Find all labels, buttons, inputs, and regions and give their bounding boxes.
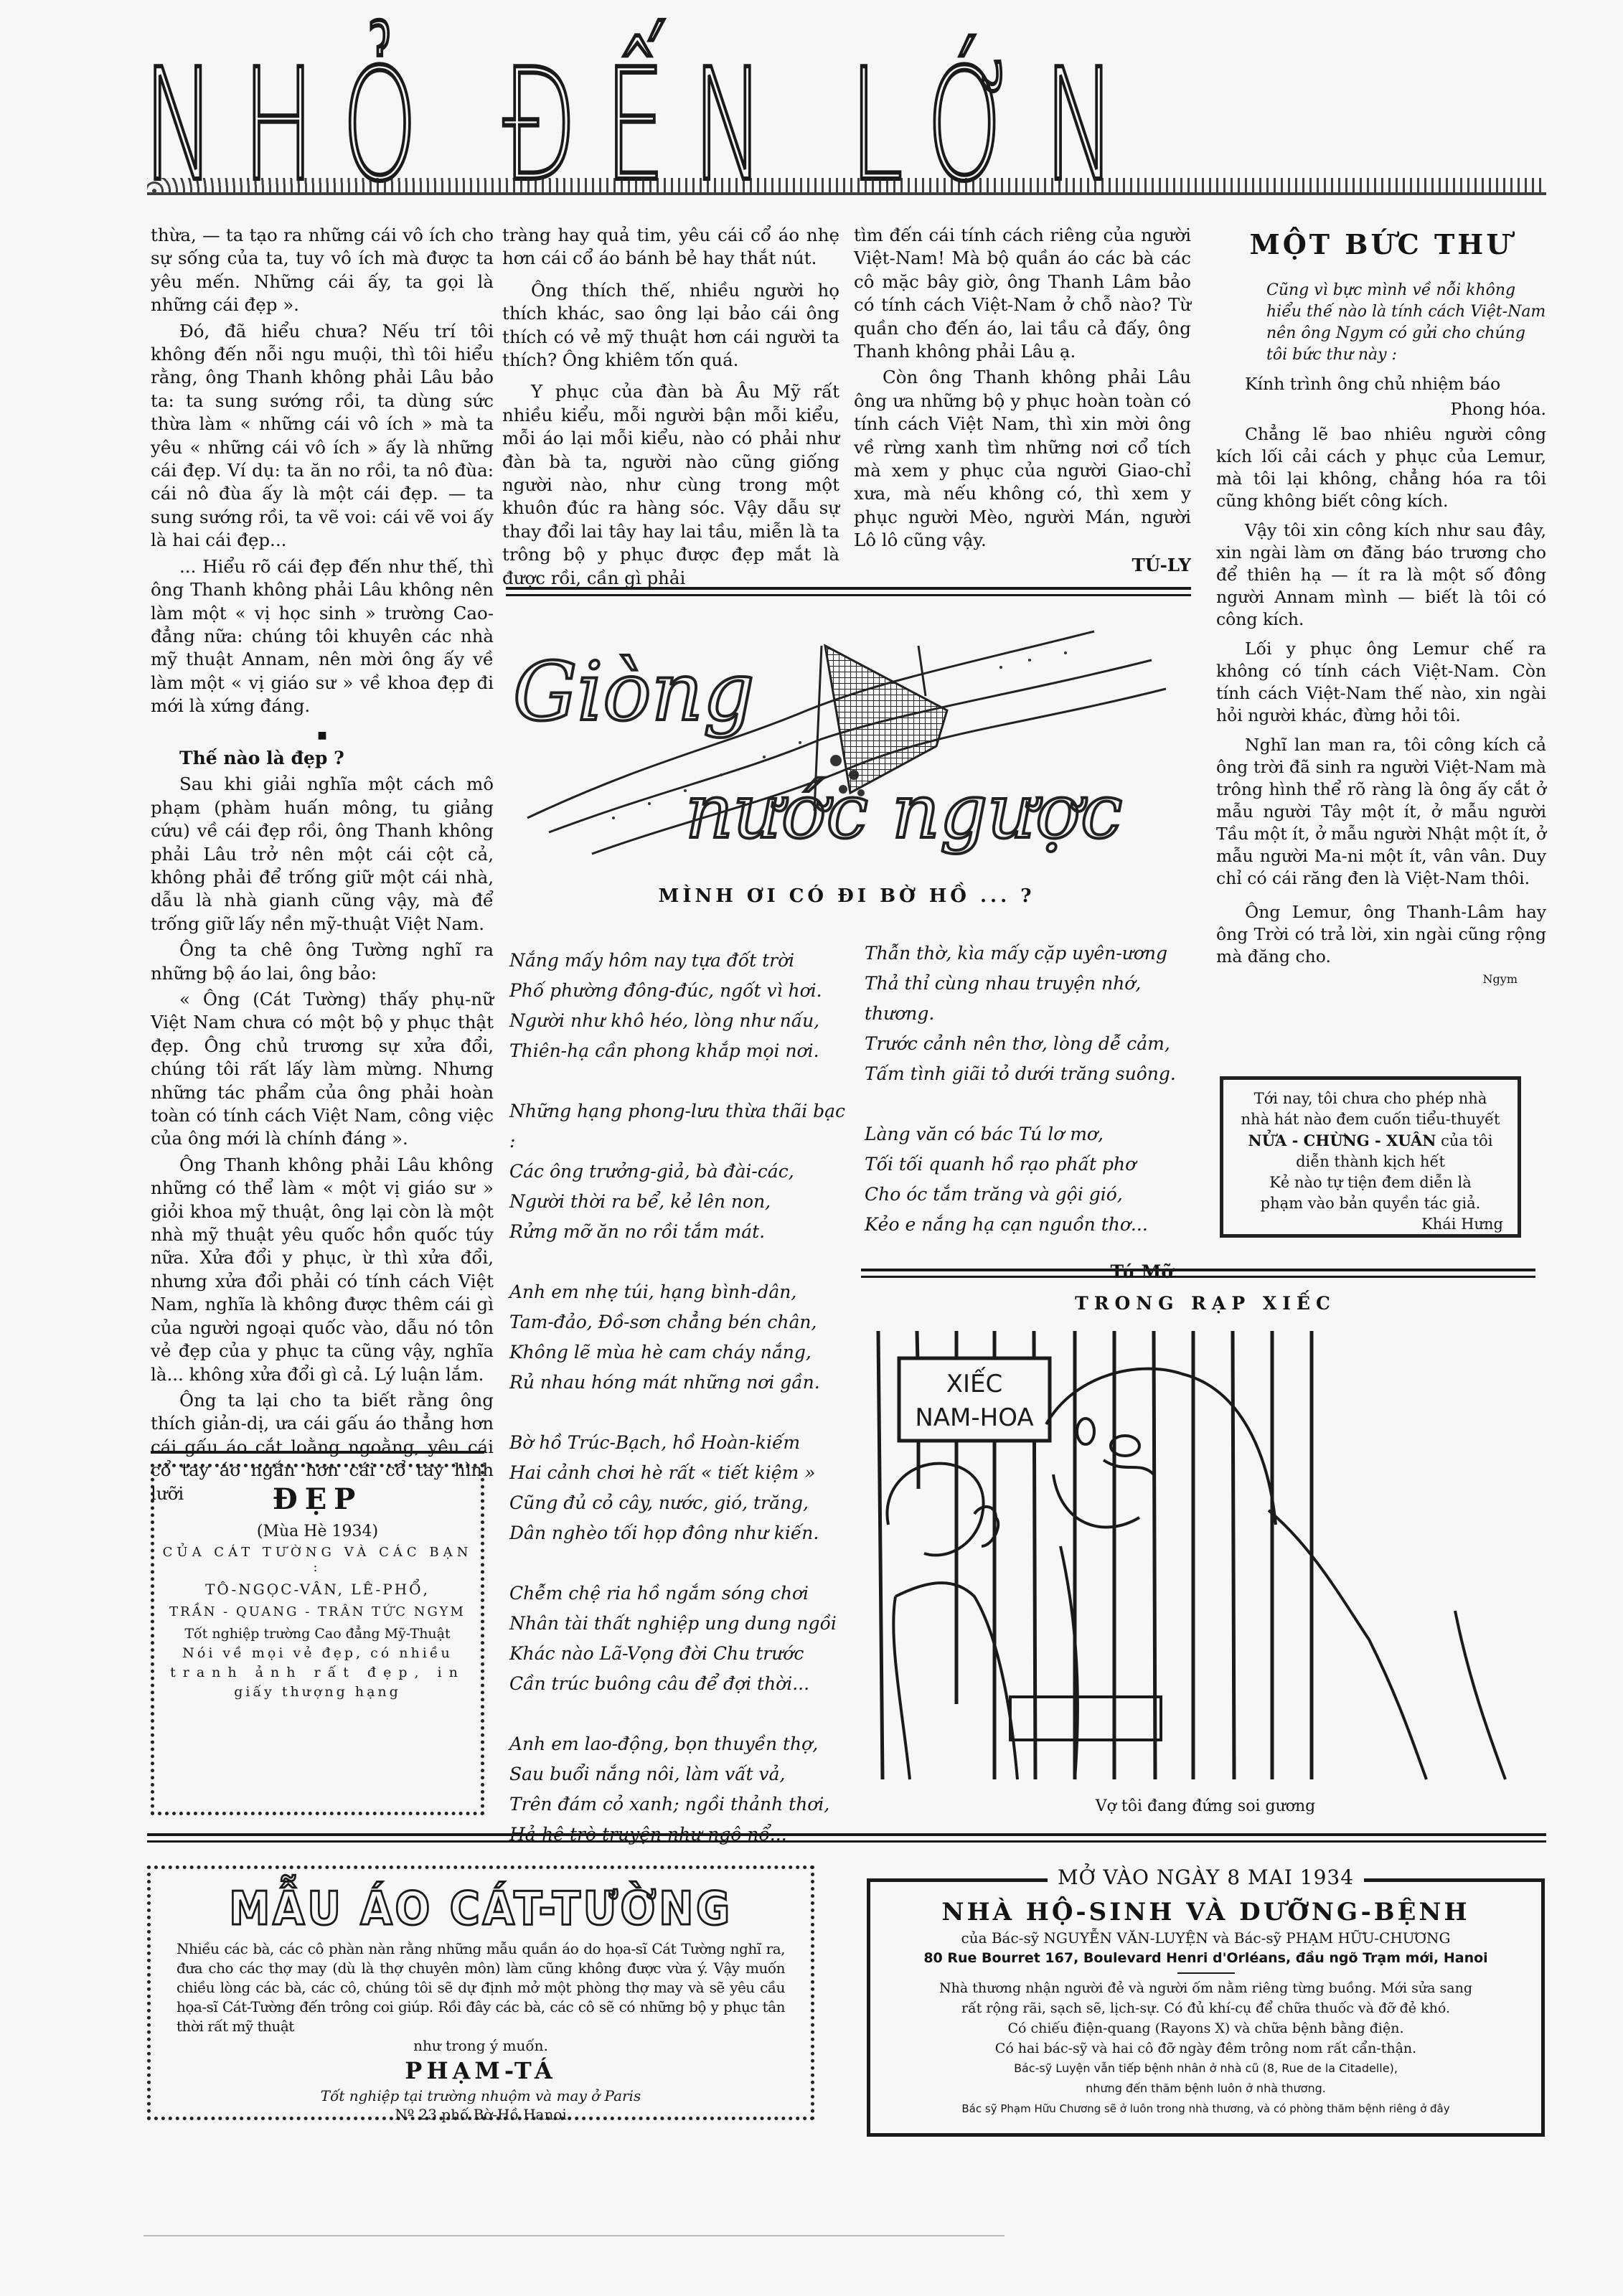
dep-ad-names: TRẦN - QUANG - TRÂN TỨC NGYM <box>154 1604 481 1619</box>
dep-ad-line: giấy thượng hạng <box>154 1685 481 1700</box>
article-column-1: thừa, — ta tạo ra những cái vô ích cho s… <box>151 224 494 1505</box>
bottom-scan-artifact <box>144 2235 1005 2236</box>
sign-line-2: NAM-HOA <box>915 1403 1033 1432</box>
poem-subtitle: MÌNH ƠI CÓ ĐI BỜ HỒ ... ? <box>502 885 1191 907</box>
verse-line: Anh em lao-động, bọn thuyền thợ, <box>509 1729 854 1759</box>
clinic-line: Nhà thương nhận người đẻ và người ốm nằm… <box>870 1978 1541 1998</box>
paragraph: Ông thích thế, nhiều người họ thích khác… <box>502 279 839 372</box>
cat-tuong-tailor-ad: MẪU ÁO CÁT-TƯỜNG Nhiều các bà, các cô ph… <box>147 1865 814 2120</box>
stanza: Bờ hồ Trúc-Bạch, hồ Hoàn-kiếm Hai cảnh c… <box>509 1428 854 1548</box>
verse-line: Nhân tài thất nghiệp ung dung ngồi <box>509 1609 854 1639</box>
double-rule <box>861 1269 1535 1278</box>
verse-line: Cần trúc buông câu để đợi thời... <box>509 1669 854 1699</box>
notice-line: diễn thành kịch hết <box>1223 1152 1518 1172</box>
cartoon-caption: Vợ tôi đang đứng soi gương <box>861 1797 1550 1815</box>
letter-intro: Cũng vì bực mình về nỗi không hiểu thế n… <box>1266 280 1546 366</box>
page-double-rule <box>147 1833 1546 1843</box>
article-column-2: tràng hay quả tim, yêu cái cổ áo nhẹ hơn… <box>502 224 839 590</box>
verse-line: Người thời ra bể, kẻ lên non, <box>509 1187 854 1217</box>
clinic-line: Bác sỹ Phạm Hữu Chương sẽ ở luôn trong n… <box>870 2099 1541 2119</box>
column-rule <box>151 1451 484 1454</box>
paragraph: Lối y phục ông Lemur chế ra không có tín… <box>1216 638 1546 727</box>
notice-line: Tới nay, tôi chưa cho phép nhà <box>1223 1088 1518 1109</box>
poem-title-line-2: nước ngược <box>685 768 1122 855</box>
letter-signature: Ngym <box>1216 968 1518 990</box>
notice-signature: Khái Hưng <box>1223 1214 1518 1235</box>
paragraph: Y phục của đàn bà Âu Mỹ rất nhiều kiểu, … <box>502 380 839 590</box>
notice-line: Kẻ nào tự tiện đem diễn là <box>1223 1172 1518 1193</box>
paragraph: tìm đến cái tính cách riêng của người Vi… <box>854 224 1191 363</box>
verse-line: Sau buổi nắng nôi, làm vất vả, <box>509 1759 854 1789</box>
letter-body: Kính trình ông chủ nhiệm báo Phong hóa. … <box>1216 373 1546 990</box>
stanza: Chễm chệ ria hồ ngắm sóng chơi Nhân tài … <box>509 1578 854 1699</box>
clinic-ad: NHÀ HỘ-SINH VÀ DƯỠNG-BỆNH của Bác-sỹ NGU… <box>867 1878 1545 2137</box>
verse-line: Rủ nhau hóng mát những nơi gần. <box>509 1368 854 1398</box>
dep-ad-title: ĐẸP <box>154 1492 481 1507</box>
verse-line: Tối tối quanh hồ rạo phất phơ <box>865 1149 1202 1180</box>
verse-line: Tấm tình giãi tỏ dưới trăng suông. <box>865 1059 1202 1089</box>
verse-line: Dân nghèo tối họp đông như kiến. <box>509 1518 854 1548</box>
copyright-notice-box: Tới nay, tôi chưa cho phép nhà nhà hát n… <box>1220 1076 1521 1238</box>
sign-line-1: XIẾC <box>946 1367 1003 1398</box>
verse-line: Hai cảnh chơi hè rất « tiết kiệm » <box>509 1458 854 1488</box>
ad-tailor-name: PHẠM-TÁ <box>151 2057 811 2084</box>
verse-line: Không lẽ mùa hè cam cháy nắng, <box>509 1337 854 1368</box>
poem-left-column: Nắng mấy hôm nay tựa đốt trời Phố phường… <box>509 946 854 1880</box>
paragraph: Ông Lemur, ông Thanh-Lâm hay ông Trời có… <box>1216 901 1546 968</box>
divider <box>1177 1972 1235 1974</box>
dep-ad-line: Nói về mọi vẻ đẹp, có nhiều <box>154 1646 481 1661</box>
paragraph: Đó, đã hiểu chưa? Nếu trí tôi không đến … <box>151 320 494 552</box>
verse-line: Những hạng phong-lưu thừa thãi bạc : <box>509 1096 854 1157</box>
dep-ad-authors-label: CỦA CÁT TƯỜNG VÀ CÁC BẠN : <box>154 1545 481 1575</box>
ad-body: Nhiều các bà, các cô phàn nàn rằng những… <box>151 1939 811 2036</box>
paragraph: Ông Thanh không phải Lâu không những có … <box>151 1154 494 1386</box>
letter-title: MỘT BỨC THƯ <box>1213 228 1550 260</box>
verse-line: Thiên-hạ cần phong khắp mọi nơi. <box>509 1036 854 1066</box>
paragraph: « Ông (Cát Tường) thấy phụ-nữ Việt Nam c… <box>151 988 494 1151</box>
verse-line: Trên đám cỏ xanh; ngồi thảnh thơi, <box>509 1789 854 1820</box>
letter-salutation: Kính trình ông chủ nhiệm báo <box>1216 373 1546 395</box>
masthead-text: NHỎ ĐẾN LỚN <box>144 61 1143 190</box>
verse-line: Bờ hồ Trúc-Bạch, hồ Hoàn-kiếm <box>509 1428 854 1458</box>
verse-line: Làng văn có bác Tú lơ mơ, <box>865 1119 1202 1149</box>
clinic-line: rất rộng rãi, sạch sẽ, lịch-sự. Có đủ kh… <box>870 1998 1541 2018</box>
verse-line: Nắng mấy hôm nay tựa đốt trời <box>509 946 854 976</box>
verse-line: Cũng đủ cỏ cây, nước, gió, trăng, <box>509 1488 854 1518</box>
dep-ad-line: Tốt nghiệp trường Cao đẳng Mỹ-Thuật <box>154 1627 481 1642</box>
section-subhead: Thế nào là đẹp ? <box>151 747 494 770</box>
double-rule <box>506 587 1191 596</box>
clinic-address: 80 Rue Bourret 167, Boulevard Henri d'Or… <box>870 1948 1541 1968</box>
dep-ad-line: tranh ảnh rất đẹp, in <box>154 1665 481 1680</box>
clinic-line: Bác-sỹ Luyện vẫn tiếp bệnh nhân ở nhà cũ… <box>870 2059 1541 2079</box>
clinic-doctors: của Bác-sỹ NGUYỄN VĂN-LUYỆN và Bác-sỹ PH… <box>870 1928 1541 1948</box>
verse-line: Thẫn thờ, kìa mấy cặp uyên-ương <box>865 938 1202 969</box>
clinic-line: nhưng đến thăm bệnh luôn ở nhà thương. <box>870 2079 1541 2099</box>
notice-line: phạm vào bản quyền tác giả. <box>1223 1193 1518 1214</box>
verse-line: Cho óc tắm trăng và gội gió, <box>865 1180 1202 1210</box>
paragraph: Sau khi giải nghĩa một cách mô phạm (phà… <box>151 773 494 936</box>
poem-right-column: Thẫn thờ, kìa mấy cặp uyên-ương Thả thỉ … <box>865 938 1202 1287</box>
verse-line: Chễm chệ ria hồ ngắm sóng chơi <box>509 1578 854 1609</box>
verse-line: Thả thỉ cùng nhau truyện nhớ, thương. <box>865 969 1202 1029</box>
clinic-title: NHÀ HỘ-SINH VÀ DƯỠNG-BỆNH <box>870 1896 1541 1928</box>
stanza: Anh em lao-động, bọn thuyền thợ, Sau buổ… <box>509 1729 854 1850</box>
verse-line: Anh em nhẹ túi, hạng bình-dân, <box>509 1277 854 1307</box>
cartoon-illustration: XIẾC NAM-HOA <box>867 1309 1548 1797</box>
stanza: Những hạng phong-lưu thừa thãi bạc : Các… <box>509 1096 854 1247</box>
letter-salutation-2: Phong hóa. <box>1216 398 1546 420</box>
ad-address: Nº 23 phố Bờ-Hồ Hanoi <box>151 2106 811 2123</box>
stanza: Làng văn có bác Tú lơ mơ, Tối tối quanh … <box>865 1119 1202 1240</box>
ad-body-end: như trong ý muốn. <box>151 2036 811 2056</box>
ad-credential: Tốt nghiệp tại trường nhuộm và may ở Par… <box>151 2087 811 2104</box>
clinic-line: Có hai bác-sỹ và hai cô đỡ ngày đêm trôn… <box>870 2038 1541 2059</box>
verse-line: Kẻo e nắng hạ cạn nguồn thơ... <box>865 1210 1202 1240</box>
verse-line: Các ông trưởng-giả, bà đài-các, <box>509 1157 854 1187</box>
article-column-3: tìm đến cái tính cách riêng của người Vi… <box>854 224 1191 577</box>
masthead-title: NHỎ ĐẾN LỚN <box>144 61 1550 190</box>
poem-title-illustration: Giòng nước ngược <box>506 603 1195 875</box>
paragraph: Chẳng lẽ bao nhiêu người công kích lối c… <box>1216 423 1546 512</box>
paragraph: Vậy tôi xin công kích như sau đây, xin n… <box>1216 519 1546 631</box>
verse-line: Người như khô héo, lòng như nấu, <box>509 1006 854 1036</box>
paragraph: thừa, — ta tạo ra những cái vô ích cho s… <box>151 224 494 317</box>
notice-line-suffix: của tôi <box>1441 1132 1492 1149</box>
poem-title-line-1: Giòng <box>513 646 755 739</box>
clinic-opening-date: MỞ VÀO NGÀY 8 MAI 1934 <box>1048 1865 1364 1889</box>
clinic-line: Có chiếu điện-quang (Rayons X) và chữa b… <box>870 2018 1541 2038</box>
paragraph: tràng hay quả tim, yêu cái cổ áo nhẹ hơn… <box>502 224 839 270</box>
paragraph: Còn ông Thanh không phải Lâu ông ưa nhữn… <box>854 366 1191 552</box>
dep-ad-names: TÔ-NGỌC-VÂN, LÊ-PHỔ, <box>154 1582 481 1597</box>
verse-line: Rửng mỡ ăn no rồi tắm mát. <box>509 1217 854 1247</box>
paragraph: Ông ta chê ông Tường nghĩ ra những bộ áo… <box>151 938 494 985</box>
verse-line: Tam-đảo, Đồ-sơn chẳng bén chân, <box>509 1307 854 1337</box>
verse-line: Trước cảnh nên thơ, lòng dễ cảm, <box>865 1029 1202 1059</box>
masthead-wave-rule <box>147 178 1546 195</box>
verse-line: Khác nào Lã-Vọng đời Chu trước <box>509 1639 854 1669</box>
ad-title: MẪU ÁO CÁT-TƯỜNG <box>184 1881 778 1938</box>
article-signature: TÚ-LY <box>854 554 1191 577</box>
verse-line: Phố phường đông-đúc, ngốt vì hơi. <box>509 976 854 1006</box>
dep-ad-season: (Mùa Hè 1934) <box>154 1524 481 1539</box>
dep-book-ad: ĐẸP (Mùa Hè 1934) CỦA CÁT TƯỜNG VÀ CÁC B… <box>151 1464 484 1815</box>
notice-line: NỬA - CHỪNG - XUÂN của tôi <box>1223 1130 1518 1152</box>
separator-ornament: ■ <box>151 724 494 747</box>
notice-line: nhà hát nào đem cuốn tiểu-thuyết <box>1223 1109 1518 1130</box>
stanza: Anh em nhẹ túi, hạng bình-dân, Tam-đảo, … <box>509 1277 854 1398</box>
stanza: Thẫn thờ, kìa mấy cặp uyên-ương Thả thỉ … <box>865 938 1202 1089</box>
stanza: Nắng mấy hôm nay tựa đốt trời Phố phường… <box>509 946 854 1066</box>
paragraph: Nghĩ lan man ra, tôi công kích cả ông tr… <box>1216 734 1546 890</box>
notice-book-title: NỬA - CHỪNG - XUÂN <box>1248 1131 1436 1149</box>
lion-cage-cartoon: XIẾC NAM-HOA <box>867 1309 1548 1797</box>
woman-figure <box>887 1464 1017 1779</box>
paragraph: ... Hiểu rõ cái đẹp đến như thế, thì ông… <box>151 555 494 718</box>
